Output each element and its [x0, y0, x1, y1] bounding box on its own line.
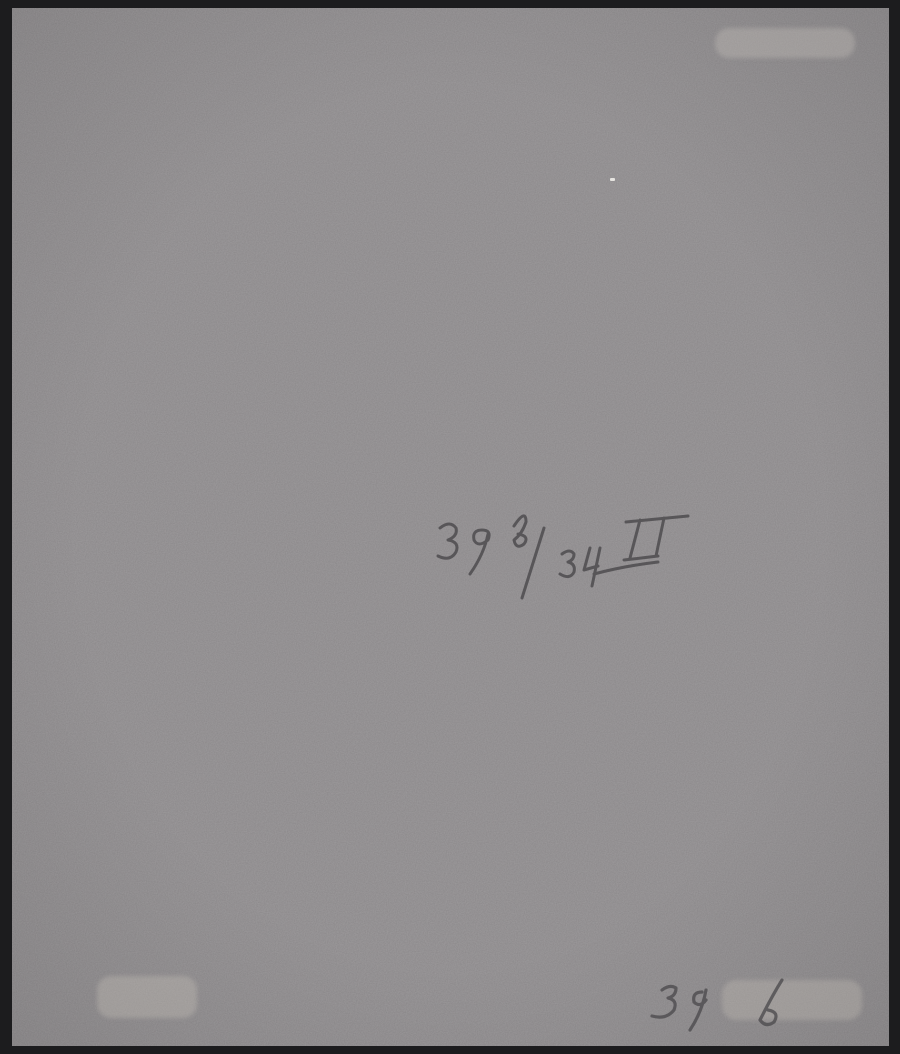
pencil-inscription-bottom-right	[12, 8, 889, 1046]
mounting-card	[12, 8, 889, 1046]
